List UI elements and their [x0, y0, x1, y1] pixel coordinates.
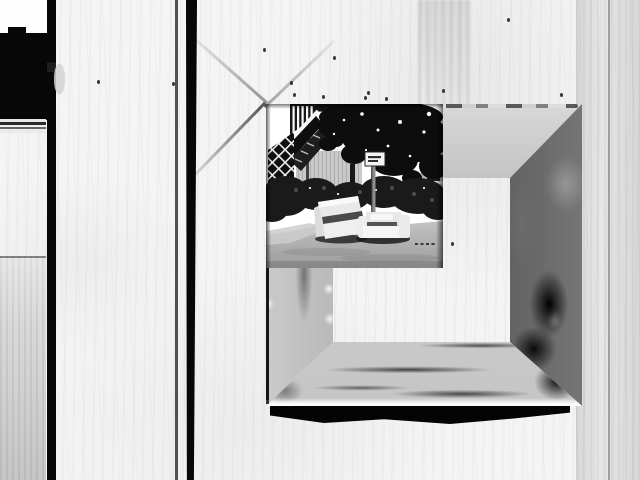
stain-speck — [442, 89, 445, 93]
mirror-frame — [266, 104, 582, 406]
couch-cushion — [370, 214, 393, 220]
discarded-couch-right — [356, 212, 410, 244]
stain-speck — [367, 91, 370, 95]
stain-speck — [172, 82, 175, 86]
stain-speck — [322, 95, 325, 99]
stain-speck — [507, 18, 510, 22]
couch-arm-right — [399, 215, 410, 238]
stain-speck — [293, 93, 296, 97]
stain-speck — [364, 96, 367, 100]
sign-board — [365, 152, 385, 166]
reflected-street-scene — [266, 104, 443, 268]
stain-speck — [385, 97, 388, 101]
photograph — [0, 0, 640, 480]
sign-text-line-2 — [368, 160, 378, 162]
stain-speck — [263, 48, 266, 52]
sign-text-line-1 — [368, 156, 381, 158]
stain-speck — [560, 93, 563, 97]
stain-speck — [333, 56, 336, 60]
mirror-reflection — [266, 104, 443, 268]
couch-front — [363, 226, 404, 238]
stain-speck — [97, 80, 100, 84]
